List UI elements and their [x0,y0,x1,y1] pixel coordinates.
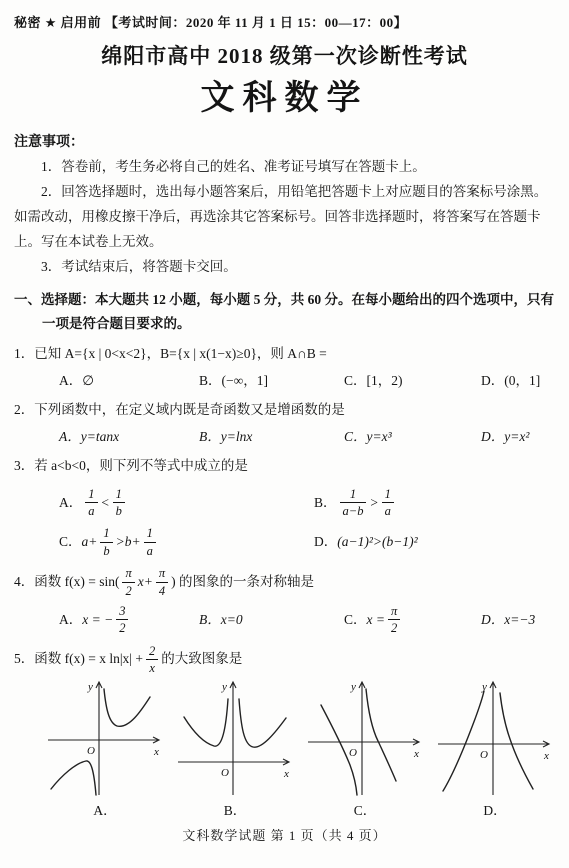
svg-text:O: O [221,767,229,779]
svg-text:O: O [87,745,95,757]
svg-text:x: x [283,768,289,780]
graph-option-a: y x O A． [44,677,166,823]
section-heading: 一、选择题：本大题共 12 小题，每小题 5 分，共 60 分。在每小题给出的四… [14,288,555,337]
math-text: x = − [82,608,113,632]
page-footer: 文科数学试题 第 1 页（共 4 页） [14,825,555,848]
question-5-stem: 5．函数 f(x) = x ln|x| + 2x 的大致图象是 [14,644,555,676]
option-3d: D． (a−1)²>(b−1)² [314,530,555,554]
option-3a-label: A． [59,491,82,515]
function-graph-a: y x O [44,677,166,801]
question-4-stem: 4．函数 f(x) = sin( π2 x+ π4 ) 的图象的一条对称轴是 [14,566,555,598]
svg-text:x: x [543,750,549,762]
fraction: π2 [388,604,400,636]
function-graph-d: y x O [434,677,556,801]
math-text: x+ [138,570,153,594]
fraction: 1b [100,526,112,558]
svg-text:y: y [350,681,356,693]
option-2b: B．y=lnx [199,425,344,449]
graph-option-d: y x O D． [434,677,556,823]
option-1b: B．(−∞，1] [199,369,344,393]
fraction: π4 [156,566,168,598]
stem-text: 5．函数 f(x) = x ln|x| + [14,647,143,671]
fraction: π2 [122,566,134,598]
fraction: 1b [113,487,125,519]
fraction: 1a [382,487,394,519]
question-3-options-row-1: A． 1a < 1b B． 1a−b > 1a [59,487,555,519]
question-2-stem: 2．下列函数中，在定义域内既是奇函数又是增函数的是 [14,398,555,422]
svg-text:O: O [480,749,488,761]
notice-heading: 注意事项： [14,131,555,156]
graph-option-b: y x O B． [174,677,296,823]
option-1c: C．[1，2) [344,369,481,393]
graph-option-c: y x O C． [304,677,426,823]
svg-text:x: x [153,746,159,758]
option-3c-label: C． [59,530,82,554]
operator: >b+ [116,530,141,554]
question-1-stem: 1．已知 A={x | 0<x<2}，B={x | x(1−x)≥0}，则 A∩… [14,342,555,366]
notice-item-1: 1．答卷前，考生务必将自己的姓名、准考证号填写在答题卡上。 [14,155,555,180]
stem-text: ) 的图象的一条对称轴是 [171,570,314,594]
fraction: 1a−b [340,487,367,519]
question-3-stem: 3．若 a<b<0，则下列不等式中成立的是 [14,454,555,478]
option-2a: A．y=tanx [59,425,199,449]
svg-text:O: O [349,747,357,759]
option-2d: D．y=x² [481,425,555,449]
option-4a: A． x = − 32 [59,604,199,636]
option-4a-label: A． [59,608,82,632]
stem-text: 4．函数 f(x) = sin( [14,570,119,594]
fraction: 1a [144,526,156,558]
graph-d-label: D． [434,799,556,823]
svg-text:y: y [221,681,227,693]
option-3a: A． 1a < 1b [59,487,314,519]
option-4c: C． x = π2 [344,604,481,636]
graph-a-label: A． [44,799,166,823]
option-3b: B． 1a−b > 1a [314,487,555,519]
fraction: 1a [85,487,97,519]
question-4-options: A． x = − 32 B．x=0 C． x = π2 D．x=−3 [59,604,555,636]
notice-item-2: 2．回答选择题时，选出每小题答案后，用铅笔把答题卡上对应题目的答案标号涂黑。如需… [14,180,555,255]
function-graph-c: y x O [304,677,426,801]
question-1-options: A．∅ B．(−∞，1] C．[1，2) D．(0，1] [59,369,555,393]
exam-page: 秘密 ★ 启用前 【考试时间：2020 年 11 月 1 日 15：00—17：… [0,0,569,868]
option-1a: A．∅ [59,369,199,393]
option-3d-label: D． [314,530,337,554]
notice-item-3: 3．考试结束后，将答题卡交回。 [14,255,555,280]
svg-text:y: y [481,681,487,693]
math-text: x = [367,608,385,632]
question-2-options: A．y=tanx B．y=lnx C．y=x³ D．y=x² [59,425,555,449]
option-1d: D．(0，1] [481,369,555,393]
graph-c-label: C． [304,799,426,823]
graph-b-label: B． [174,799,296,823]
option-3b-label: B． [314,491,337,515]
operator: < [101,491,110,515]
math-text: (a−1)²>(b−1)² [337,530,417,554]
question-5-graphs: y x O A． y x O B． [44,677,555,823]
operator: > [369,491,378,515]
svg-text:y: y [87,681,93,693]
fraction: 32 [116,604,128,636]
option-4d: D．x=−3 [481,608,555,632]
fraction: 2x [146,644,158,676]
function-graph-b: y x O [174,677,296,801]
question-3-options-row-2: C． a+ 1b >b+ 1a D． (a−1)²>(b−1)² [59,526,555,558]
option-2c: C．y=x³ [344,425,481,449]
stem-text: 的大致图象是 [161,647,242,671]
svg-text:x: x [413,748,419,760]
math-text: a+ [82,530,98,554]
option-4b: B．x=0 [199,608,344,632]
option-4c-label: C． [344,608,367,632]
security-header: 秘密 ★ 启用前 【考试时间：2020 年 11 月 1 日 15：00—17：… [14,12,555,35]
subject-title: 文科数学 [14,78,555,121]
option-3c: C． a+ 1b >b+ 1a [59,526,314,558]
exam-title: 绵阳市高中 2018 级第一次诊断性考试 [14,43,555,70]
